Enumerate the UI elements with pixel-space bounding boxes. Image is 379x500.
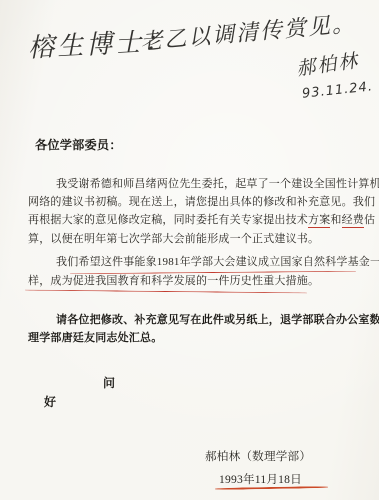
scanned-letter-page: 榕生博士： 老乙以调清传赏见。 郝柏林 93.11.24. 各位学部委员： 我受… bbox=[0, 0, 379, 500]
red-underline-date bbox=[215, 486, 328, 490]
paragraph-1-line-2: 网络的建议书初稿。现在送上，请您提出具体的修改和补充意见。我们 bbox=[28, 197, 375, 208]
salutation: 各位学部委员： bbox=[35, 139, 122, 151]
paragraph-1-line-3-tail: 估 bbox=[364, 214, 375, 226]
paragraph-1-line-3: 再根据大家的意见修改定稿，同时委托有关专家提出技术方案和经费估 bbox=[28, 215, 375, 226]
handwritten-date: 93.11.24. bbox=[301, 79, 373, 101]
underlined-term-fangan: 方案 bbox=[308, 214, 330, 228]
typed-signature: 郝柏林（数理学部） bbox=[205, 451, 311, 463]
paragraph-2-line-1: 我们希望这件事能象1981年学部大会建议成立国家自然科学基金一 bbox=[56, 257, 379, 268]
typed-date: 1993年11月18日 bbox=[219, 474, 302, 486]
paragraph-1-line-4: 算，以便在明年第七次学部大会前能形成一个正式建议书。 bbox=[28, 234, 319, 245]
paragraph-1-line-3-text: 再根据大家的意见修改定稿，同时委托有关专家提出技术 bbox=[28, 214, 308, 226]
underlined-term-jingfei: 经费 bbox=[342, 214, 364, 228]
paragraph-2-line-2: 样，成为促进我国教育和科学发展的一件历史性重大措施。 bbox=[28, 276, 319, 287]
red-underline-sentence-2 bbox=[25, 289, 307, 293]
handwritten-message: 老乙以调清传赏见。 bbox=[139, 7, 357, 57]
handwritten-signature: 郝柏林 bbox=[294, 46, 360, 82]
red-underline-sentence-1 bbox=[70, 270, 356, 273]
paragraph-3-line-2: 理学部唐廷友同志处汇总。 bbox=[28, 333, 162, 344]
paragraph-3-line-1: 请各位把修改、补充意见写在此件或另纸上，退学部联合办公室数 bbox=[56, 315, 379, 326]
closing-word-part-1: 问 bbox=[103, 377, 115, 389]
paragraph-2-line-1-lead: 我们希望 bbox=[56, 256, 101, 268]
closing-word-part-2: 好 bbox=[44, 396, 56, 408]
paragraph-1-line-3-connector: 和 bbox=[330, 214, 341, 226]
paragraph-2-line-1-emphasis: 这件事能象1981年学部大会建议成立国家自然科学基金一 bbox=[101, 256, 379, 268]
paragraph-1-line-1: 我受谢希德和师昌绪两位先生委托，起草了一个建设全国性计算机 bbox=[56, 179, 379, 190]
